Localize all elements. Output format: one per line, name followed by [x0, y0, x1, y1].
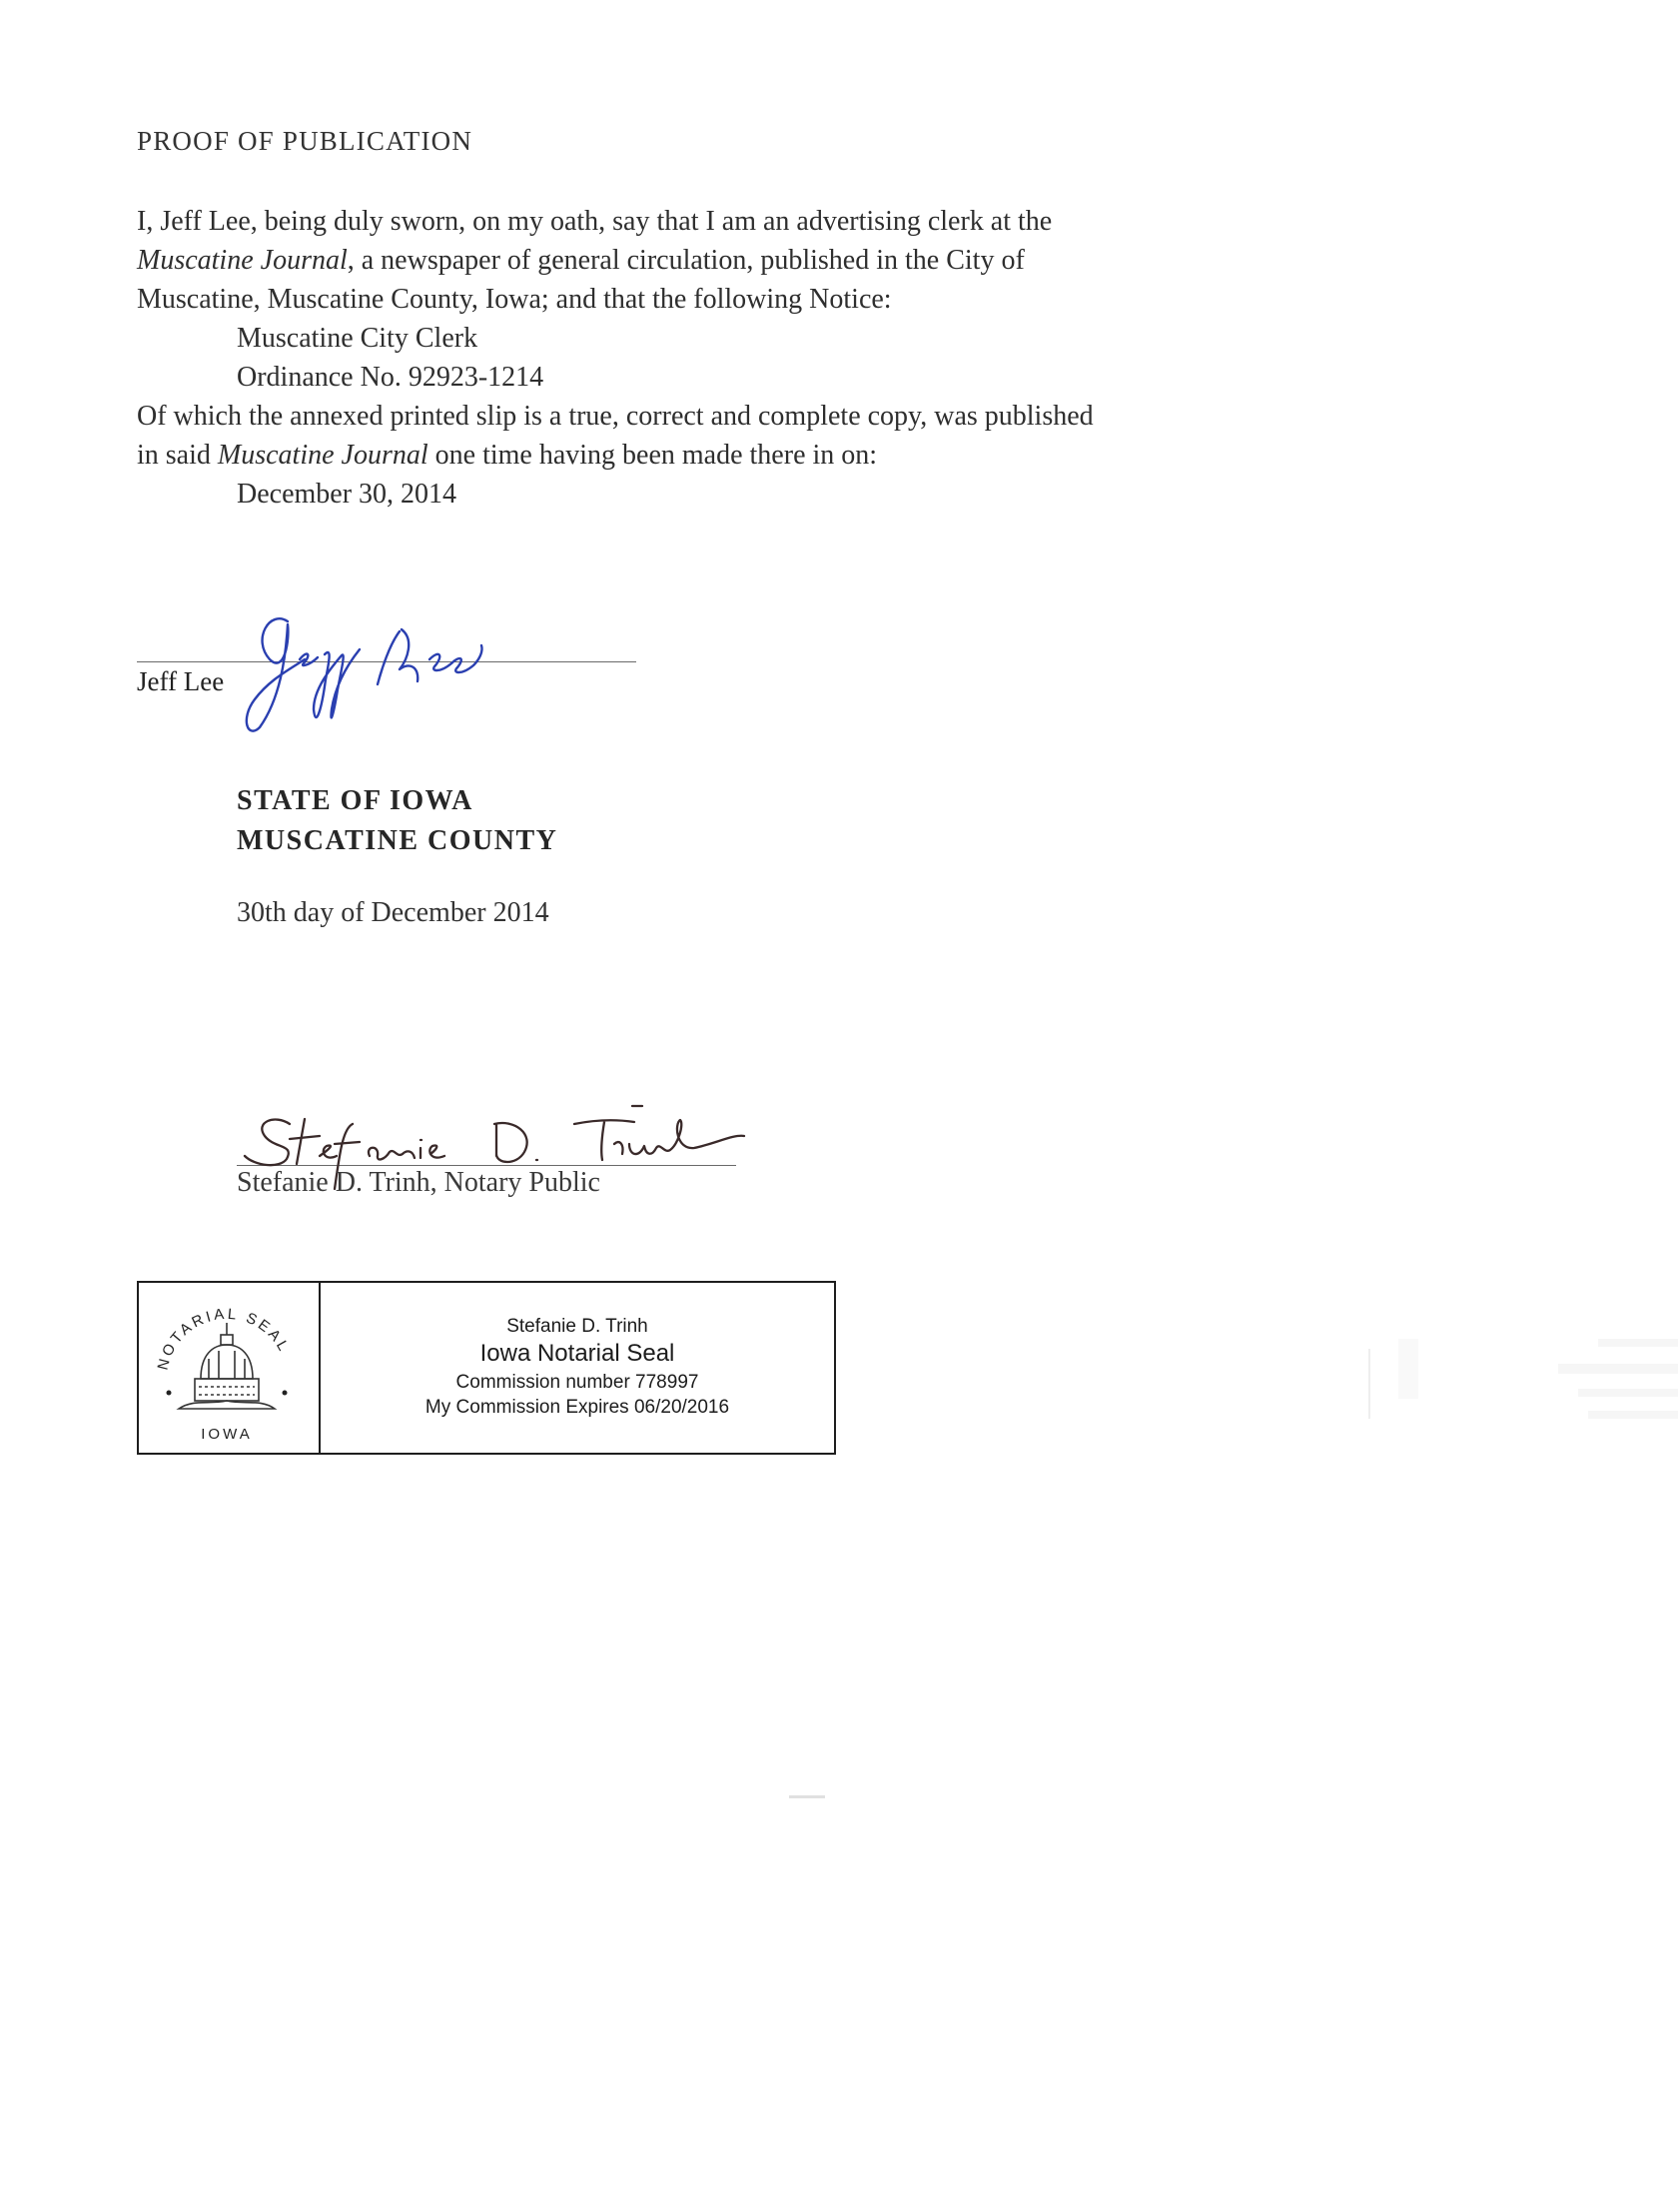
- bleed-through-mark: [1358, 1319, 1680, 1439]
- seal-emblem: NOTARIAL SEAL IOWA: [139, 1283, 321, 1453]
- seal-title: Iowa Notarial Seal: [480, 1340, 675, 1368]
- jurisdiction-block: STATE OF IOWA MUSCATINE COUNTY: [237, 781, 557, 861]
- notary-printed-name: Stefanie D. Trinh, Notary Public: [237, 1167, 600, 1199]
- document-title: PROOF OF PUBLICATION: [137, 126, 472, 157]
- county-name: MUSCATINE COUNTY: [237, 821, 557, 861]
- body-line-1: I, Jeff Lee, being duly sworn, on my oat…: [137, 202, 1094, 241]
- newspaper-name: Muscatine Journal: [137, 245, 348, 276]
- scan-speck: [789, 1795, 825, 1798]
- newspaper-name-2: Muscatine Journal: [218, 440, 428, 471]
- publication-date: December 30, 2014: [137, 475, 1094, 514]
- state-name: STATE OF IOWA: [237, 781, 557, 821]
- seal-notary-name: Stefanie D. Trinh: [506, 1316, 648, 1338]
- seal-commission-number: Commission number 778997: [456, 1370, 699, 1395]
- seal-arc-text: NOTARIAL SEAL: [155, 1306, 294, 1372]
- capitol-dome-icon: NOTARIAL SEAL IOWA: [139, 1283, 315, 1453]
- notarization-date: 30th day of December 2014: [237, 897, 549, 929]
- notice-from: Muscatine City Clerk: [137, 319, 1094, 358]
- affiant-printed-name: Jeff Lee: [137, 666, 224, 697]
- body-line-6: Of which the annexed printed slip is a t…: [137, 397, 1094, 436]
- body-line-3: Muscatine, Muscatine County, Iowa; and t…: [137, 280, 1094, 319]
- body-line-2-rest: , a newspaper of general circulation, pu…: [348, 245, 1025, 276]
- notarial-seal-stamp: NOTARIAL SEAL IOWA Stefanie D. Trinh Iow…: [137, 1281, 836, 1455]
- affidavit-body: I, Jeff Lee, being duly sworn, on my oat…: [137, 202, 1094, 514]
- body-line-7-pre: in said: [137, 440, 218, 471]
- seal-details: Stefanie D. Trinh Iowa Notarial Seal Com…: [321, 1283, 834, 1453]
- affiant-signature: [230, 599, 549, 739]
- notice-title: Ordinance No. 92923-1214: [137, 358, 1094, 397]
- svg-text:NOTARIAL SEAL: NOTARIAL SEAL: [155, 1306, 294, 1372]
- seal-commission-expiry: My Commission Expires 06/20/2016: [425, 1395, 729, 1420]
- body-line-7-post: one time having been made there in on:: [428, 440, 877, 471]
- seal-bottom-text: IOWA: [201, 1426, 252, 1443]
- body-line-7: in said Muscatine Journal one time havin…: [137, 436, 1094, 475]
- body-line-2: Muscatine Journal, a newspaper of genera…: [137, 241, 1094, 280]
